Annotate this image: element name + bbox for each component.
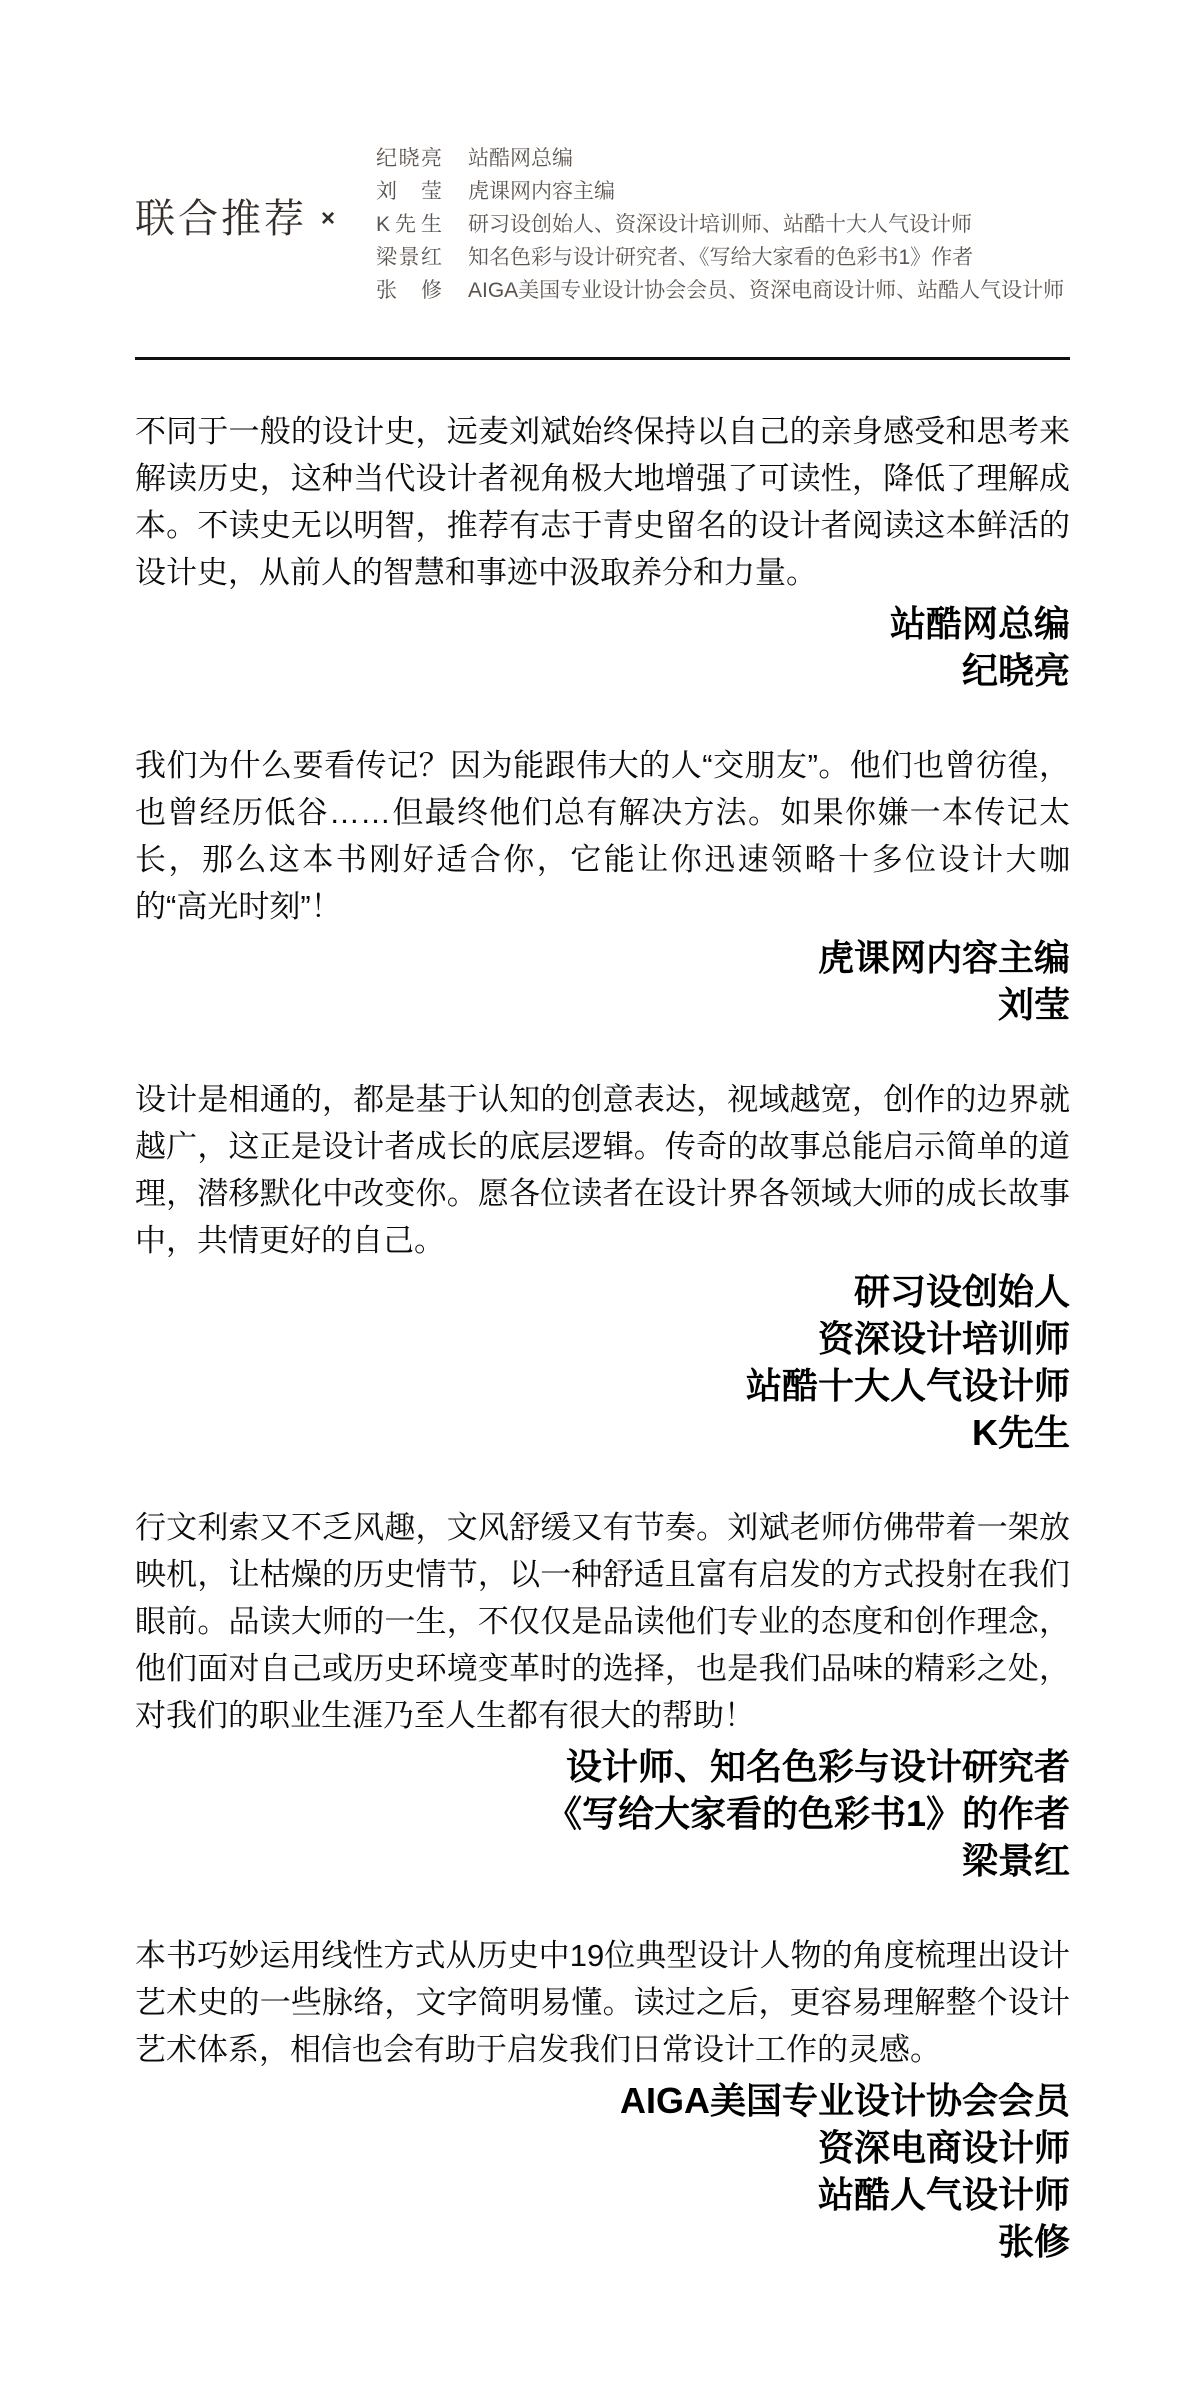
recommender-name: 梁景红 xyxy=(376,241,442,274)
attribution-line: 资深设计培训师 xyxy=(135,1315,1070,1362)
attribution-line: 梁景红 xyxy=(135,1837,1070,1884)
recommendation-block: 设计是相通的，都是基于认知的创意表达，视域越宽，创作的边界就越广，这正是设计者成… xyxy=(135,1076,1070,1456)
recommendation-block: 不同于一般的设计史，远麦刘斌始终保持以自己的亲身感受和思考来解读历史，这种当代设… xyxy=(135,408,1070,694)
recommendation-text: 设计是相通的，都是基于认知的创意表达，视域越宽，创作的边界就越广，这正是设计者成… xyxy=(135,1076,1070,1264)
recommender-row: 张修 AIGA美国专业设计协会会员、资深电商设计师、站酷人气设计师 xyxy=(376,274,1070,307)
book-recommendation-page: 联合推荐 × 纪晓亮 站酷网总编 刘莹 虎课网内容主编 K先生 研习设创始人、资… xyxy=(0,0,1200,2390)
attribution-line: 站酷人气设计师 xyxy=(135,2171,1070,2218)
recommenders-list: 纪晓亮 站酷网总编 刘莹 虎课网内容主编 K先生 研习设创始人、资深设计培训师、… xyxy=(376,142,1070,307)
recommender-title: 虎课网内容主编 xyxy=(468,175,1070,208)
recommender-name: 纪晓亮 xyxy=(376,142,442,175)
attribution-line: 站酷网总编 xyxy=(135,600,1070,647)
recommendation-text: 本书巧妙运用线性方式从历史中19位典型设计人物的角度梳理出设计艺术史的一些脉络，… xyxy=(135,1932,1070,2073)
attribution-line: 资深电商设计师 xyxy=(135,2124,1070,2171)
attribution-line: 设计师、知名色彩与设计研究者 xyxy=(135,1743,1070,1790)
recommender-row: 纪晓亮 站酷网总编 xyxy=(376,142,1070,175)
recommender-title: 知名色彩与设计研究者、《写给大家看的色彩书1》作者 xyxy=(468,241,1070,274)
recommendation-text: 不同于一般的设计史，远麦刘斌始终保持以自己的亲身感受和思考来解读历史，这种当代设… xyxy=(135,408,1070,596)
attribution: 虎课网内容主编 刘莹 xyxy=(135,934,1070,1028)
attribution: 站酷网总编 纪晓亮 xyxy=(135,600,1070,694)
attribution-line: AIGA美国专业设计协会会员 xyxy=(135,2077,1070,2124)
attribution-line: 刘莹 xyxy=(135,981,1070,1028)
multiply-icon: × xyxy=(321,194,335,244)
recommendation-text: 我们为什么要看传记？因为能跟伟大的人“交朋友”。他们也曾彷徨，也曾经历低谷……但… xyxy=(135,742,1070,930)
recommender-title: AIGA美国专业设计协会会员、资深电商设计师、站酷人气设计师 xyxy=(468,274,1070,307)
recommender-name: K先生 xyxy=(376,208,442,241)
attribution-line: 站酷十大人气设计师 xyxy=(135,1362,1070,1409)
attribution-line: 研习设创始人 xyxy=(135,1268,1070,1315)
title-column: 联合推荐 × xyxy=(135,194,376,244)
recommender-title: 研习设创始人、资深设计培训师、站酷十大人气设计师 xyxy=(468,208,1070,241)
page-title: 联合推荐 xyxy=(135,194,307,244)
recommendation-block: 我们为什么要看传记？因为能跟伟大的人“交朋友”。他们也曾彷徨，也曾经历低谷……但… xyxy=(135,742,1070,1028)
attribution-line: 张修 xyxy=(135,2218,1070,2265)
header: 联合推荐 × 纪晓亮 站酷网总编 刘莹 虎课网内容主编 K先生 研习设创始人、资… xyxy=(135,142,1070,307)
recommender-title: 站酷网总编 xyxy=(468,142,1070,175)
attribution: 设计师、知名色彩与设计研究者 《写给大家看的色彩书1》的作者 梁景红 xyxy=(135,1743,1070,1884)
attribution-line: 虎课网内容主编 xyxy=(135,934,1070,981)
attribution-line: 纪晓亮 xyxy=(135,647,1070,694)
recommender-row: 梁景红 知名色彩与设计研究者、《写给大家看的色彩书1》作者 xyxy=(376,241,1070,274)
section-divider xyxy=(135,357,1070,360)
recommendation-text: 行文利索又不乏风趣，文风舒缓又有节奏。刘斌老师仿佛带着一架放映机，让枯燥的历史情… xyxy=(135,1504,1070,1739)
attribution: 研习设创始人 资深设计培训师 站酷十大人气设计师 K先生 xyxy=(135,1268,1070,1456)
recommender-row: K先生 研习设创始人、资深设计培训师、站酷十大人气设计师 xyxy=(376,208,1070,241)
recommender-name: 张修 xyxy=(376,274,442,307)
recommendation-block: 本书巧妙运用线性方式从历史中19位典型设计人物的角度梳理出设计艺术史的一些脉络，… xyxy=(135,1932,1070,2265)
recommender-row: 刘莹 虎课网内容主编 xyxy=(376,175,1070,208)
attribution: AIGA美国专业设计协会会员 资深电商设计师 站酷人气设计师 张修 xyxy=(135,2077,1070,2265)
attribution-line: K先生 xyxy=(135,1409,1070,1456)
recommender-name: 刘莹 xyxy=(376,175,442,208)
attribution-line: 《写给大家看的色彩书1》的作者 xyxy=(135,1790,1070,1837)
recommendation-block: 行文利索又不乏风趣，文风舒缓又有节奏。刘斌老师仿佛带着一架放映机，让枯燥的历史情… xyxy=(135,1504,1070,1884)
content-area: 联合推荐 × 纪晓亮 站酷网总编 刘莹 虎课网内容主编 K先生 研习设创始人、资… xyxy=(135,0,1070,2265)
